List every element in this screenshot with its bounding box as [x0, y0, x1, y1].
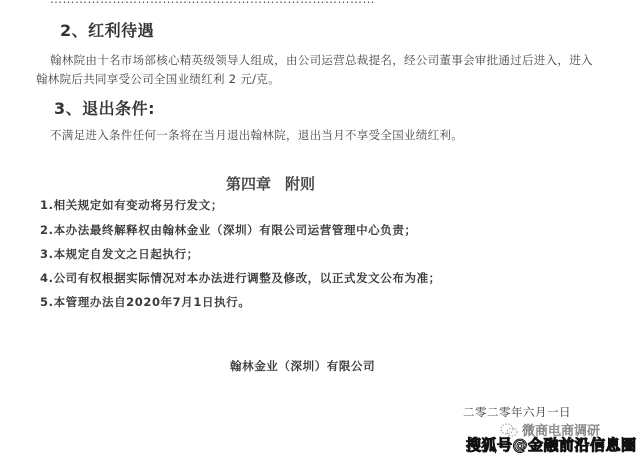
cutoff-text-line: …………………………………………………………………… [50, 0, 375, 6]
chapter-name: 附则 [285, 175, 315, 193]
section-heading-exit-conditions: 3、退出条件: [54, 96, 155, 119]
dividend-paragraph-line-1: 翰林院由十名市场部核心精英级领导人组成，由公司运营总裁提名，经公司董事会审批通过… [50, 52, 593, 68]
provision-item-5: 5.本管理办法自2020年7月1日执行。 [40, 294, 250, 310]
provision-item-3: 3.本规定自发文之日起执行； [40, 246, 199, 262]
company-signature: 翰林金业（深圳）有限公司 [230, 358, 375, 374]
provision-item-4: 4.公司有权根据实际情况对本办法进行调整及修改，以正式发文公布为准； [40, 270, 441, 286]
chapter-title: 第四章附则 [226, 173, 315, 194]
exit-conditions-paragraph: 不满足进入条件任何一条将在当月退出翰林院，退出当月不享受全国业绩红利。 [50, 127, 463, 143]
watermark-platform-credit: 搜狐号@金融前沿信息圈 [466, 434, 637, 455]
section-heading-dividend: 2、红利待遇 [60, 18, 154, 41]
provision-item-1: 1.相关规定如有变动将另行发文； [40, 197, 223, 213]
chapter-number: 第四章 [226, 175, 271, 193]
provision-item-2: 2.本办法最终解释权由翰林金业（深圳）有限公司运营管理中心负责； [40, 222, 417, 238]
issue-date: 二零二零年六月一日 [463, 404, 571, 420]
dividend-paragraph-line-2: 翰林院后共同享受公司全国业绩红利 2 元/克。 [36, 71, 280, 87]
